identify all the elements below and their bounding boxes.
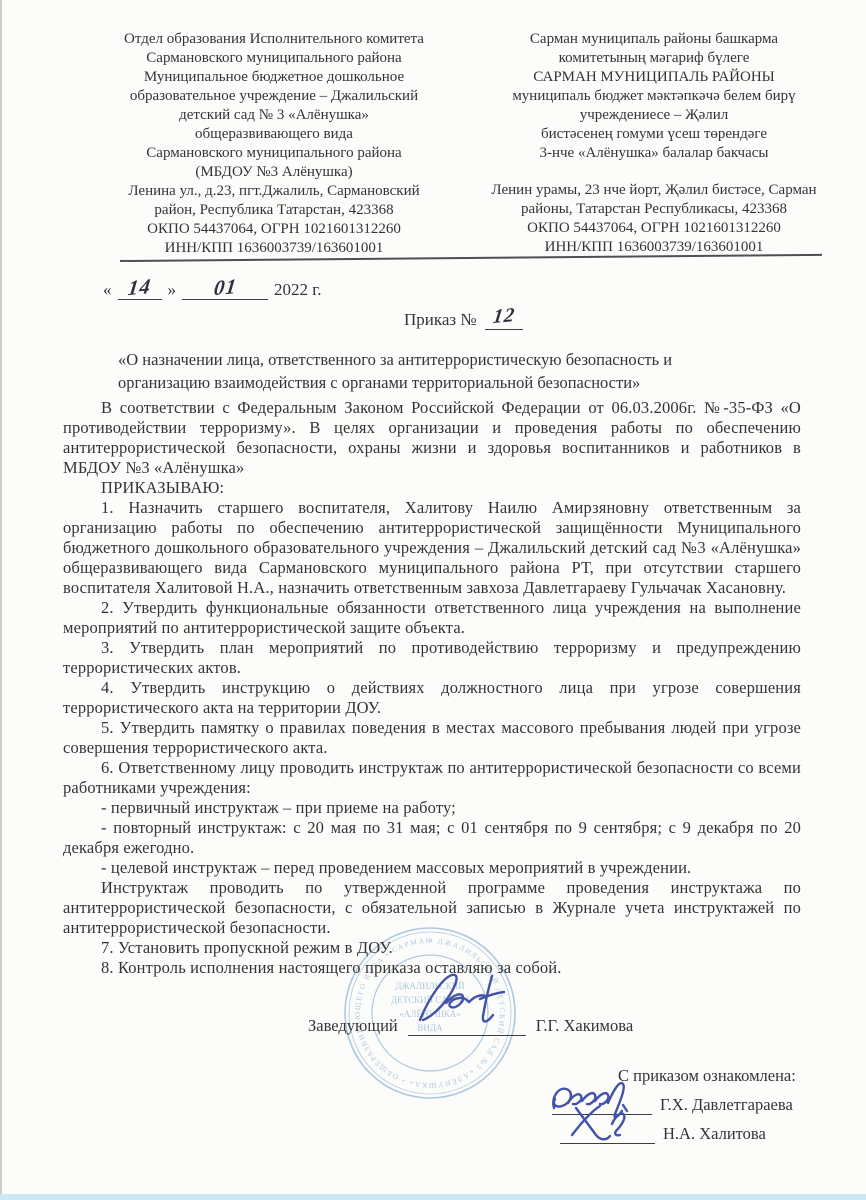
letterhead-line: ОКПО 54437064, ОГРН 1021601312260 [96,220,452,239]
ack-name-davletgaraeva: Г.Х. Давлетгараева [660,1095,793,1115]
body-paragraph: 5. Утвердить памятку о правилах поведени… [63,718,801,758]
scanned-order-document: Отдел образования Исполнительного комите… [0,0,866,1200]
body-paragraph: В соответствии с Федеральным Законом Рос… [63,398,801,478]
body-paragraph: 7. Установить пропускной режим в ДОУ. [63,938,801,958]
body-paragraph: 6. Ответственному лицу проводить инструк… [63,758,801,798]
director-title: Заведующий [308,1016,398,1036]
quote-open: « [103,280,112,300]
handwritten-month: 01 [212,274,238,301]
letterhead-spacer [462,163,846,181]
letterhead-line: детский сад № 3 «Алёнушка» [96,106,452,125]
quote-close: » [168,280,177,300]
letterhead-line: Сармановского муниципального района [96,49,452,68]
letterhead-line: общеразвивающего вида [96,125,452,144]
subject-line: организацию взаимодействия с органами те… [118,371,672,394]
letterhead-line: Отдел образования Исполнительного комите… [96,30,452,49]
letterhead-line: 3-нче «Алёнушка» балалар бакчасы [462,144,846,163]
signature-khakimova [408,968,528,1028]
body-paragraph: 1. Назначить старшего воспитателя, Халит… [63,498,801,598]
subject-line: «О назначении лица, ответственного за ан… [118,348,672,371]
letterhead-line: (МБДОУ №3 Алёнушка) [96,163,452,182]
order-subject: «О назначении лица, ответственного за ан… [118,348,672,394]
body-paragraph: Инструктаж проводить по утвержденной про… [63,878,801,938]
body-paragraph: 4. Утвердить инструкцию о действиях долж… [63,678,801,718]
director-name: Г.Г. Хакимова [536,1016,633,1036]
letterhead-line: район, Республика Татарстан, 423368 [96,201,452,220]
letterhead-line: ИНН/КПП 1636003739/163601001 [96,239,452,258]
letterhead-russian: Отдел образования Исполнительного комите… [96,30,452,258]
letterhead-line: образовательное учреждение – Джалильский [96,87,452,106]
ack-name-khalitova: Н.А. Халитова [663,1124,766,1144]
letterhead-line: районы, Татарстан Республикасы, 423368 [462,200,846,219]
date-day-blank: 14 [118,276,162,300]
letterhead-line: Сарман муниципаль районы башкарма [462,30,846,49]
letterhead-line: учреждениесе – Җәлил [462,106,846,125]
date-year: 2022 г. [274,280,322,300]
body-paragraph: - повторный инструктаж: с 20 мая по 31 м… [63,818,801,858]
letterhead-line: муниципаль бюджет мәктәпкәчә белем бирү [462,87,846,106]
letterhead-tatar: Сарман муниципаль районы башкарма комите… [462,30,846,257]
letterhead-line: Муниципальное бюджетное дошкольное [96,68,452,87]
letterhead-line: Сармановского муниципального района [96,144,452,163]
body-paragraph: - целевой инструктаж – перед проведением… [63,858,801,878]
letterhead-line: Ленина ул., д.23, пгт.Джалиль, Сармановс… [96,182,452,201]
decree-word: ПРИКАЗЫВАЮ: [63,478,801,498]
letterhead-line: бистәсенең гомуми үсеш төрендәге [462,125,846,144]
body-paragraph: - первичный инструктаж – при приеме на р… [63,798,801,818]
date-month-blank: 01 [182,276,268,300]
letterhead-line: САРМАН МУНИЦИПАЛЬ РАЙОНЫ [462,68,846,87]
order-label: Приказ № [404,310,477,330]
letterhead-line: Ленин урамы, 23 нче йорт, Җәлил бистәсе,… [462,181,846,200]
order-number-line: Приказ № 12 [404,306,523,330]
scan-edge-left [0,0,2,1200]
letterhead-line: комитетының мәгариф бүлеге [462,49,846,68]
signature-khalitova [560,1102,652,1144]
order-body: В соответствии с Федеральным Законом Рос… [63,398,801,978]
date-line: « 14 » 01 2022 г. [103,276,322,300]
body-paragraph: 3. Утвердить план мероприятий по противо… [63,638,801,678]
handwritten-day: 14 [126,274,152,301]
scan-edge-bottom [0,1194,866,1200]
body-paragraph: 2. Утвердить функциональные обязанности … [63,598,801,638]
handwritten-order-number: 12 [491,304,516,329]
letterhead-line: ОКПО 54437064, ОГРН 1021601312260 [462,219,846,238]
order-number-blank: 12 [485,306,523,330]
